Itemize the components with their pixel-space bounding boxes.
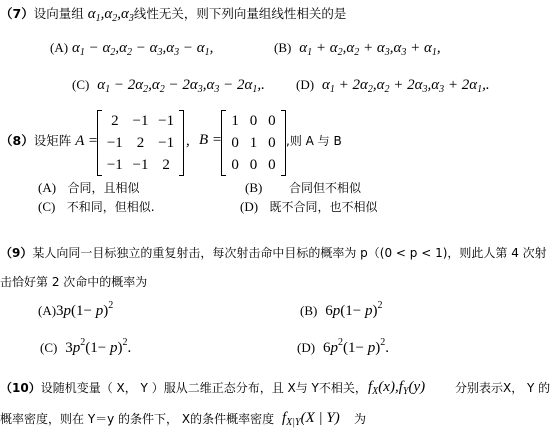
- q9-option-d: (D) 6p2(1− p)2.: [297, 340, 389, 356]
- math-expr: α1 + 2α2,α2 + 2α3,α3 + 2α1,.: [322, 77, 490, 93]
- matrix-a-label: A =: [75, 133, 98, 149]
- separator: ,: [186, 133, 190, 149]
- question-10-stem-line1: （10）设随机变量（ X， Y ）服从二维正态分布，且 X与 Y不相关，: [0, 380, 367, 396]
- matrix-b: 1 0 0 0 1 0 0 0 0: [221, 110, 286, 176]
- math-vars: α1,α2,α3: [88, 6, 134, 22]
- question-number: （7）: [0, 6, 34, 21]
- conditional-density: fX|Y(X | Y): [282, 410, 340, 426]
- q8-option-c: (C) 不和同，但相似.: [38, 199, 155, 215]
- math-expr: α1 − 2α2,α2 − 2α3,α3 − 2α1,.: [97, 77, 265, 93]
- q7-option-c: (C) α1 − 2α2,α2 − 2α3,α3 − 2α1,.: [72, 77, 265, 93]
- question-number: （8）: [0, 133, 34, 148]
- q9-option-c: (C) 3p2(1− p)2.: [40, 340, 131, 356]
- question-number: （9）: [0, 246, 32, 260]
- math-expr: α1 + α2,α2 + α3,α3 + α1,: [299, 40, 440, 56]
- question-10-stem-line2: 概率密度，则在 Y＝y 的条件下， X的条件概率密度: [0, 411, 274, 427]
- q7-option-b: (B) α1 + α2,α2 + α3,α3 + α1,: [274, 40, 441, 56]
- question-7-stem: （7）设向量组 α1,α2,α3线性无关，则下列向量组线性相关的是: [0, 6, 346, 22]
- q8-stem-tail: ,则 A 与 B: [286, 133, 342, 149]
- q8-option-a: (A) 合同，且相似: [38, 180, 140, 196]
- q8-option-b: (B) 合同但不相似: [245, 180, 361, 196]
- matrix-a: 2 −1 −1 −1 2 −1 −1 −1 2: [97, 110, 184, 176]
- question-9-stem-line2: 击恰好第 2 次命中的概率为: [0, 274, 147, 290]
- q7-option-d: (D) α1 + 2α2,α2 + 2α3,α3 + 2α1,.: [296, 77, 490, 93]
- matrix-b-label: B =: [199, 132, 222, 148]
- q8-option-d: (D) 既不合同，也不相似: [240, 199, 378, 215]
- question-8-stem: （8）设矩阵 A =: [0, 133, 98, 149]
- q9-option-a: (A)3p(1− p)2: [38, 303, 113, 319]
- question-9-stem-line1: （9）某人向同一目标独立的重复射击，每次射击命中目标的概率为 p（(0 < p …: [0, 245, 547, 261]
- question-number: （10）: [0, 381, 41, 395]
- math-expr: α1 − α2,α2 − α3,α3 − α1,: [72, 40, 213, 56]
- q10-line1-tail: 分别表示X， Y 的: [455, 380, 550, 396]
- q10-line2-tail: 为: [354, 411, 366, 427]
- q9-option-b: (B) 6p(1− p)2: [300, 303, 383, 319]
- density-functions: fX(x),fY(y): [368, 379, 425, 395]
- q7-option-a: (A) α1 − α2,α2 − α3,α3 − α1,: [50, 40, 213, 56]
